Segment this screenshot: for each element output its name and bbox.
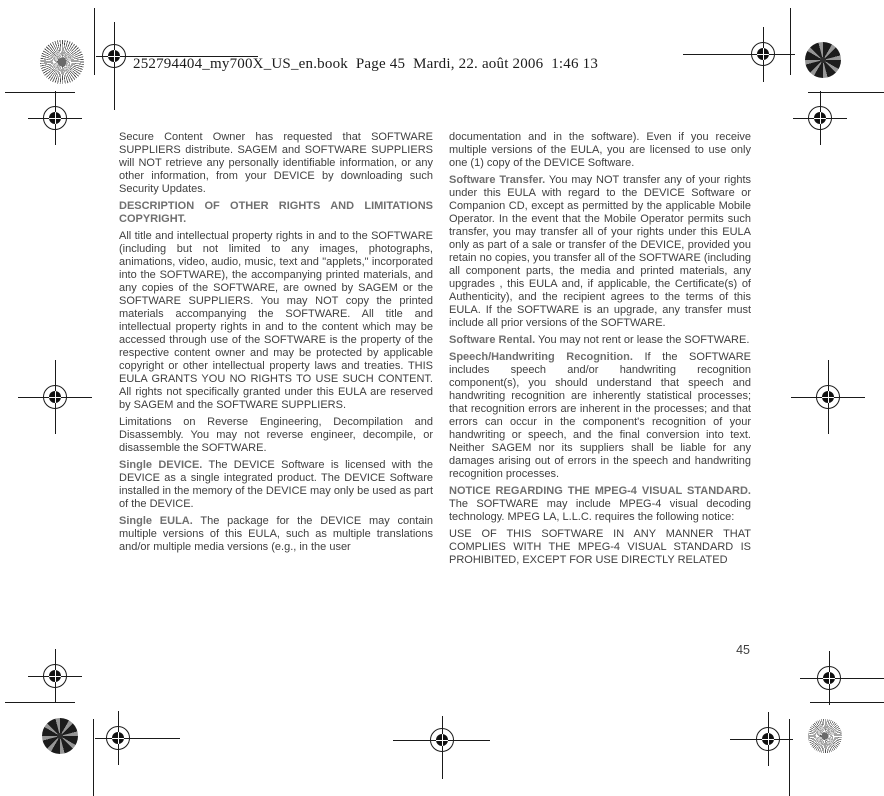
registration-mark-core [823,672,835,684]
star-target-icon [808,719,842,753]
crop-mark-line [5,702,75,703]
registration-mark-crosshair [800,678,884,679]
paragraph-lead: NOTICE REGARDING THE MPEG-4 VISUAL STAND… [449,485,751,497]
registration-mark-core [757,48,769,60]
registration-mark-core [49,391,61,403]
registration-mark-core [108,50,120,62]
book-header-line: 252794404_my700X_US_en.book Page 45 Mard… [133,56,598,73]
paragraph: NOTICE REGARDING THE MPEG-4 VISUAL STAND… [449,485,751,524]
registration-mark-core [112,732,124,744]
crop-mark-line [808,92,884,93]
left-text-column: Secure Content Owner has requested that … [119,131,433,558]
paragraph: Software Rental. You may not rent or lea… [449,334,751,347]
paragraph-lead: Speech/Handwriting Recognition. [449,351,633,363]
paragraph-lead: Software Rental. [449,334,535,346]
paragraph: Speech/Handwriting Recognition. If the S… [449,351,751,481]
registration-mark-core [822,391,834,403]
paragraph: Single EULA. The package for the DEVICE … [119,515,433,554]
star-target-icon [805,42,841,78]
registration-mark-core [49,112,61,124]
paragraph: Software Transfer. You may NOT transfer … [449,174,751,330]
crop-mark-line [810,702,884,703]
paragraph: All title and intellectual property righ… [119,230,433,412]
registration-mark-core [436,734,448,746]
registration-mark-core [814,112,826,124]
paragraph-lead: Single EULA. [119,515,193,527]
page-number: 45 [688,643,750,657]
paragraph: documentation and in the software). Even… [449,131,751,170]
paragraph: Single DEVICE. The DEVICE Software is li… [119,459,433,511]
crop-mark-line [789,719,790,796]
paragraph: Limitations on Reverse Engineering, Deco… [119,416,433,455]
paragraph: USE OF THIS SOFTWARE IN ANY MANNER THAT … [449,528,751,567]
star-target-icon [42,718,78,754]
paragraph-lead: Single DEVICE. [119,459,202,471]
crop-mark-line [93,719,94,796]
crop-mark-line [94,8,95,75]
paragraph-lead: Software Transfer. [449,174,545,186]
paragraph: Secure Content Owner has requested that … [119,131,433,196]
right-text-column: documentation and in the software). Even… [449,131,751,571]
registration-mark-core [762,733,774,745]
section-heading: DESCRIPTION OF OTHER RIGHTS AND LIMITATI… [119,200,433,226]
crop-mark-line [5,92,75,93]
registration-mark-crosshair [683,54,795,55]
document-sheet: 252794404_my700X_US_en.book Page 45 Mard… [0,0,884,796]
crop-mark-line [790,8,791,75]
star-target-icon [40,40,84,84]
registration-mark-core [49,670,61,682]
